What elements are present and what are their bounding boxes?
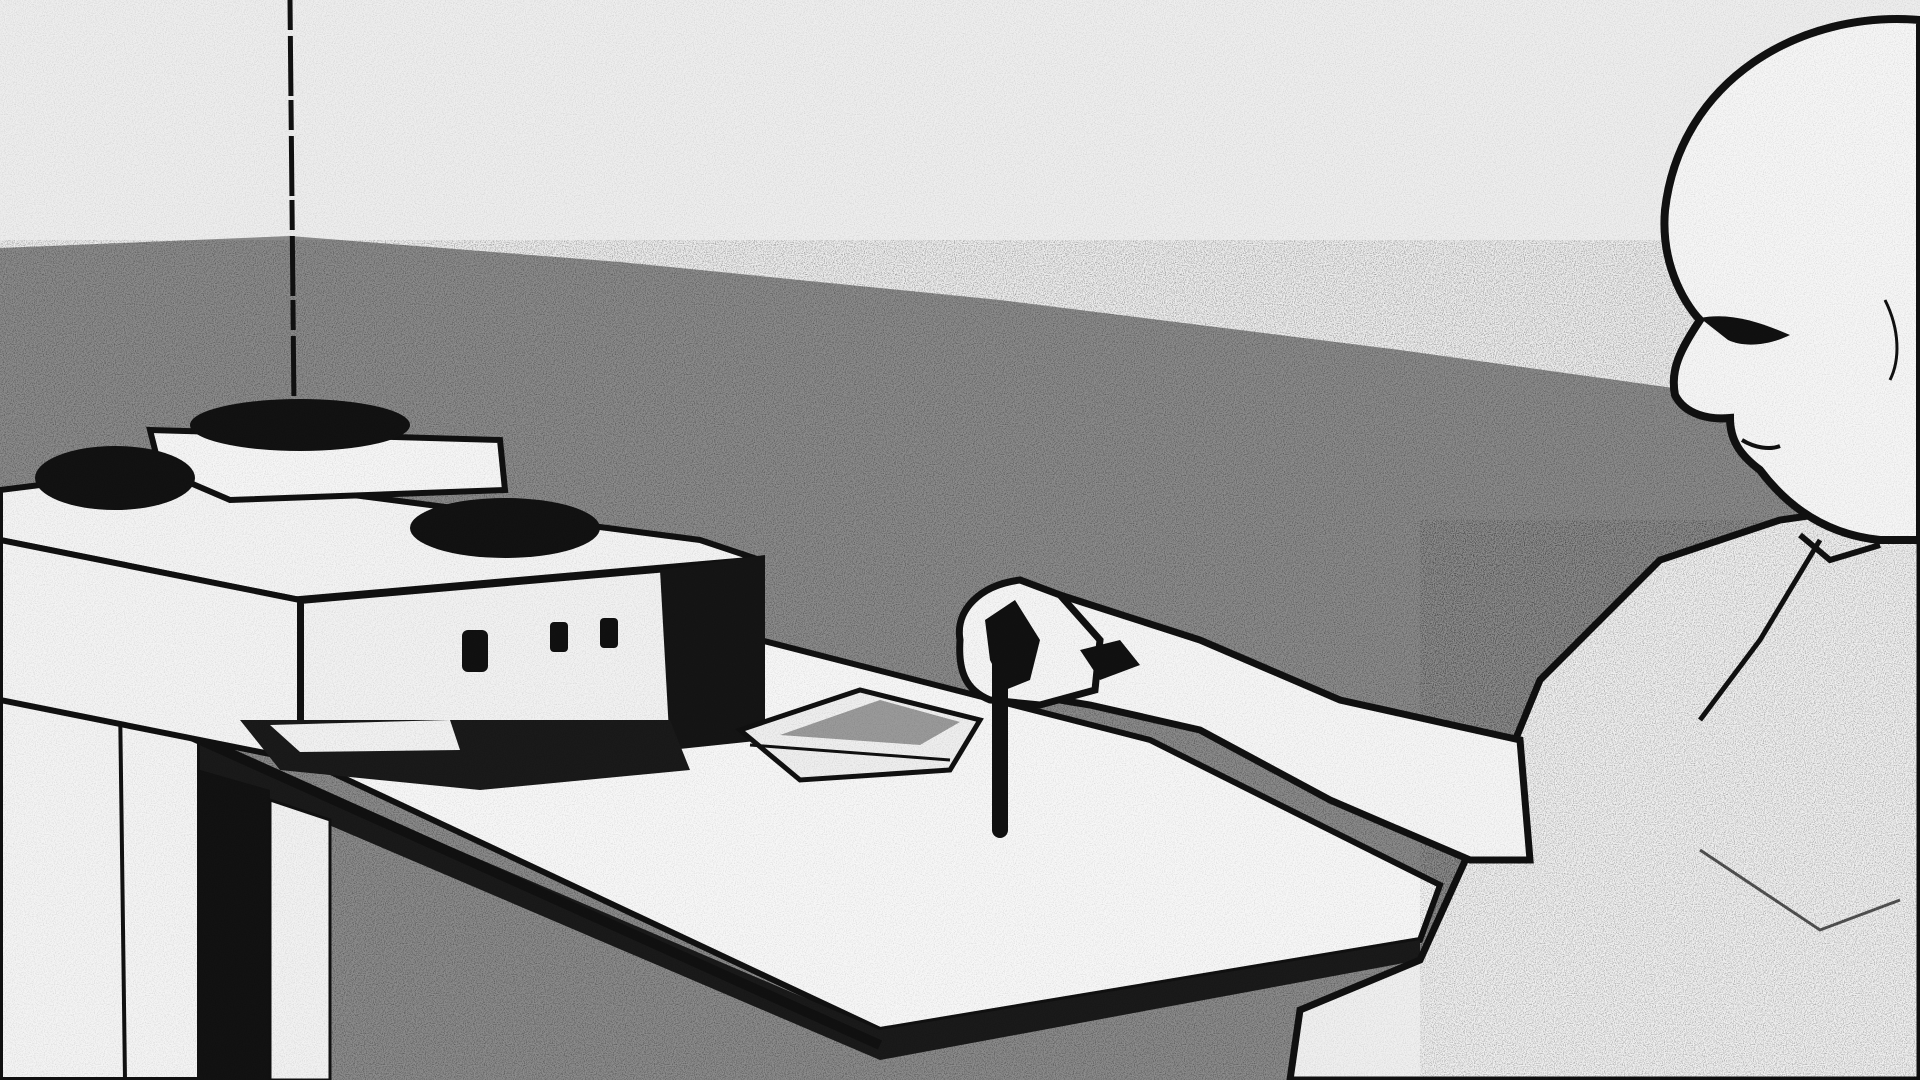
ink-speckle [0, 0, 1920, 1080]
illustration-scene [0, 0, 1920, 1080]
